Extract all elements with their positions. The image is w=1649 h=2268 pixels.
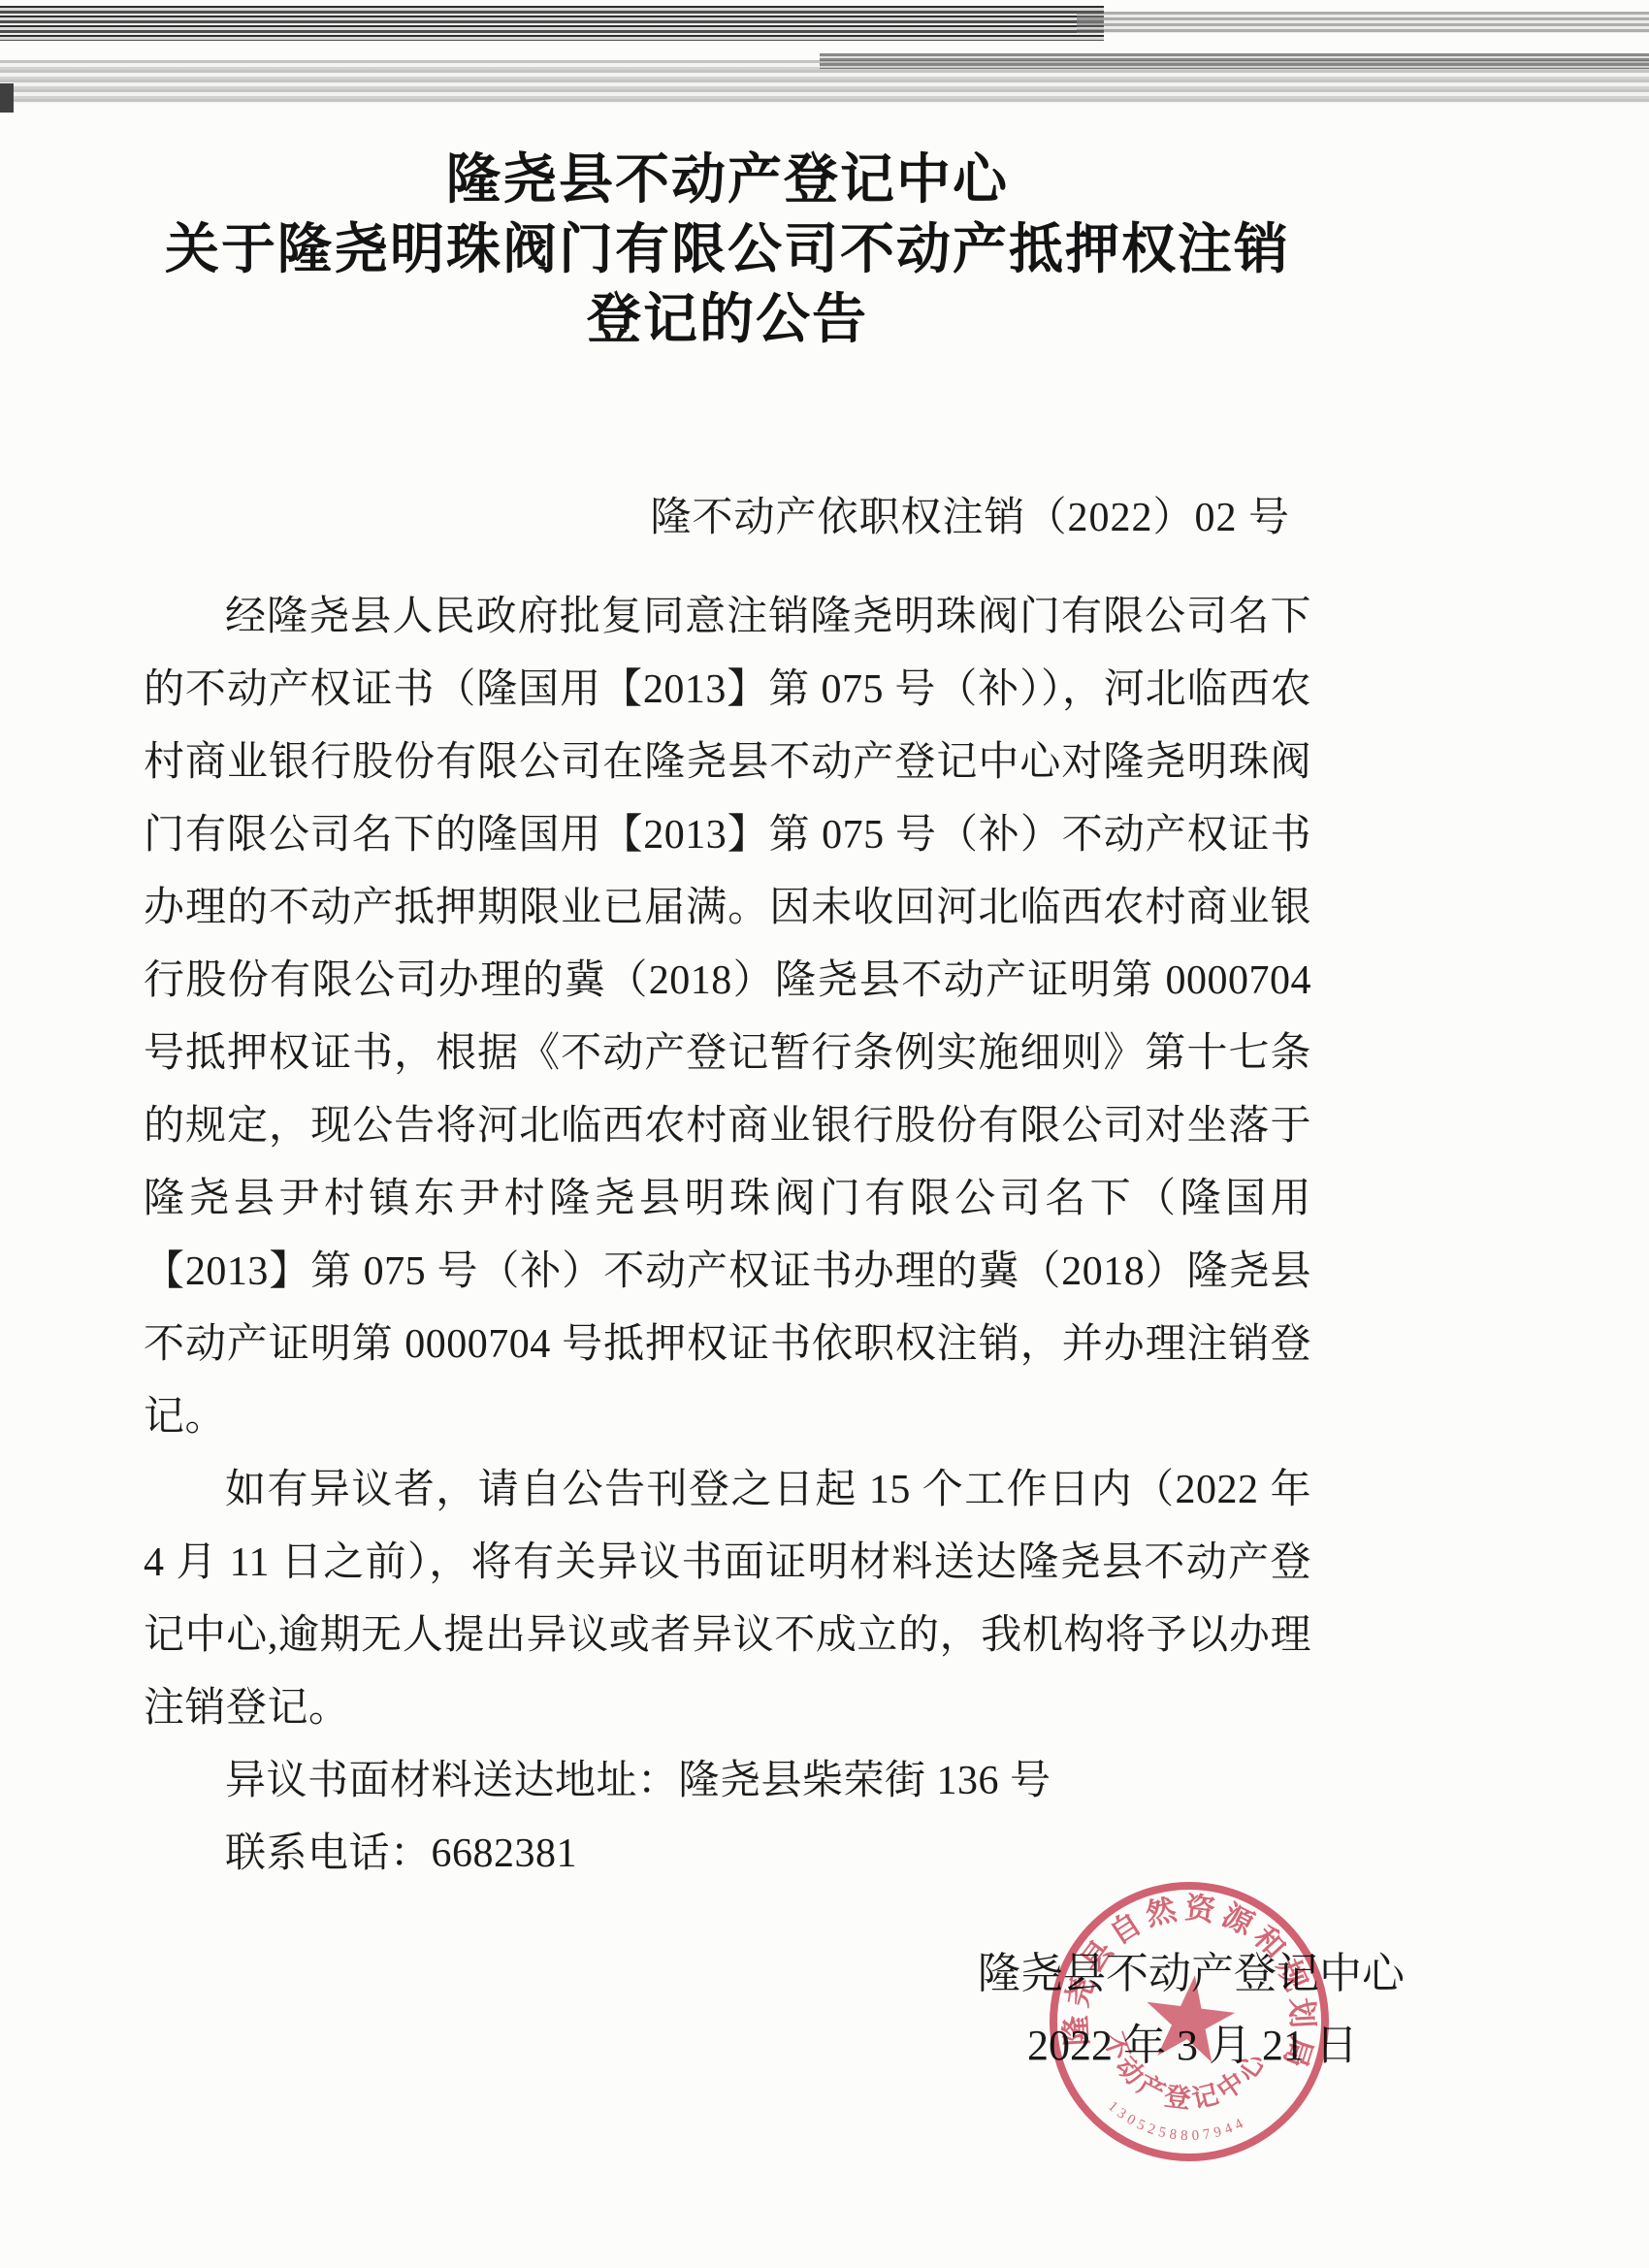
scan-artifact-band-top-right <box>1077 12 1649 33</box>
signature-organization: 隆尧县不动产登记中心 <box>0 1948 1649 2000</box>
document-body: 经隆尧县人民政府批复同意注销隆尧明珠阀门有限公司名下的不动产权证书（隆国用【20… <box>144 581 1311 1891</box>
seal-star-icon <box>1141 1970 1239 2064</box>
scan-artifact-edge-mark <box>0 83 14 113</box>
body-paragraph-2: 如有异议者，请自公告刊登之日起 15 个工作日内（2022 年 4 月 11 日… <box>144 1454 1311 1745</box>
title-line-2: 关于隆尧明珠阀门有限公司不动产抵押权注销 <box>144 215 1311 285</box>
scan-artifact-band-second-dark <box>820 53 1649 69</box>
scanned-document-page: 隆尧县不动产登记中心 关于隆尧明珠阀门有限公司不动产抵押权注销 登记的公告 隆不… <box>0 0 1649 2268</box>
scan-artifact-band-top <box>0 6 1104 41</box>
body-paragraph-1: 经隆尧县人民政府批复同意注销隆尧明珠阀门有限公司名下的不动产权证书（隆国用【20… <box>144 581 1311 1454</box>
official-seal: 隆尧县自然资源和规划局 不动产登记中心 1305258807944 <box>1027 1860 1351 2184</box>
document-content: 隆尧县不动产登记中心 关于隆尧明珠阀门有限公司不动产抵押权注销 登记的公告 隆不… <box>144 146 1311 1891</box>
document-number: 隆不动产依职权注销（2022）02 号 <box>144 489 1311 547</box>
signature-date: 2022 年 3 月 21 日 <box>0 2020 1649 2072</box>
signature-block: 隆尧县不动产登记中心 2022 年 3 月 21 日 <box>0 1948 1649 2072</box>
delivery-address-line: 异议书面材料送达地址：隆尧县柴荣街 136 号 <box>144 1745 1311 1818</box>
title-line-1: 隆尧县不动产登记中心 <box>144 146 1311 215</box>
document-title: 隆尧县不动产登记中心 关于隆尧明珠阀门有限公司不动产抵押权注销 登记的公告 <box>144 146 1311 355</box>
title-line-3: 登记的公告 <box>144 285 1311 355</box>
